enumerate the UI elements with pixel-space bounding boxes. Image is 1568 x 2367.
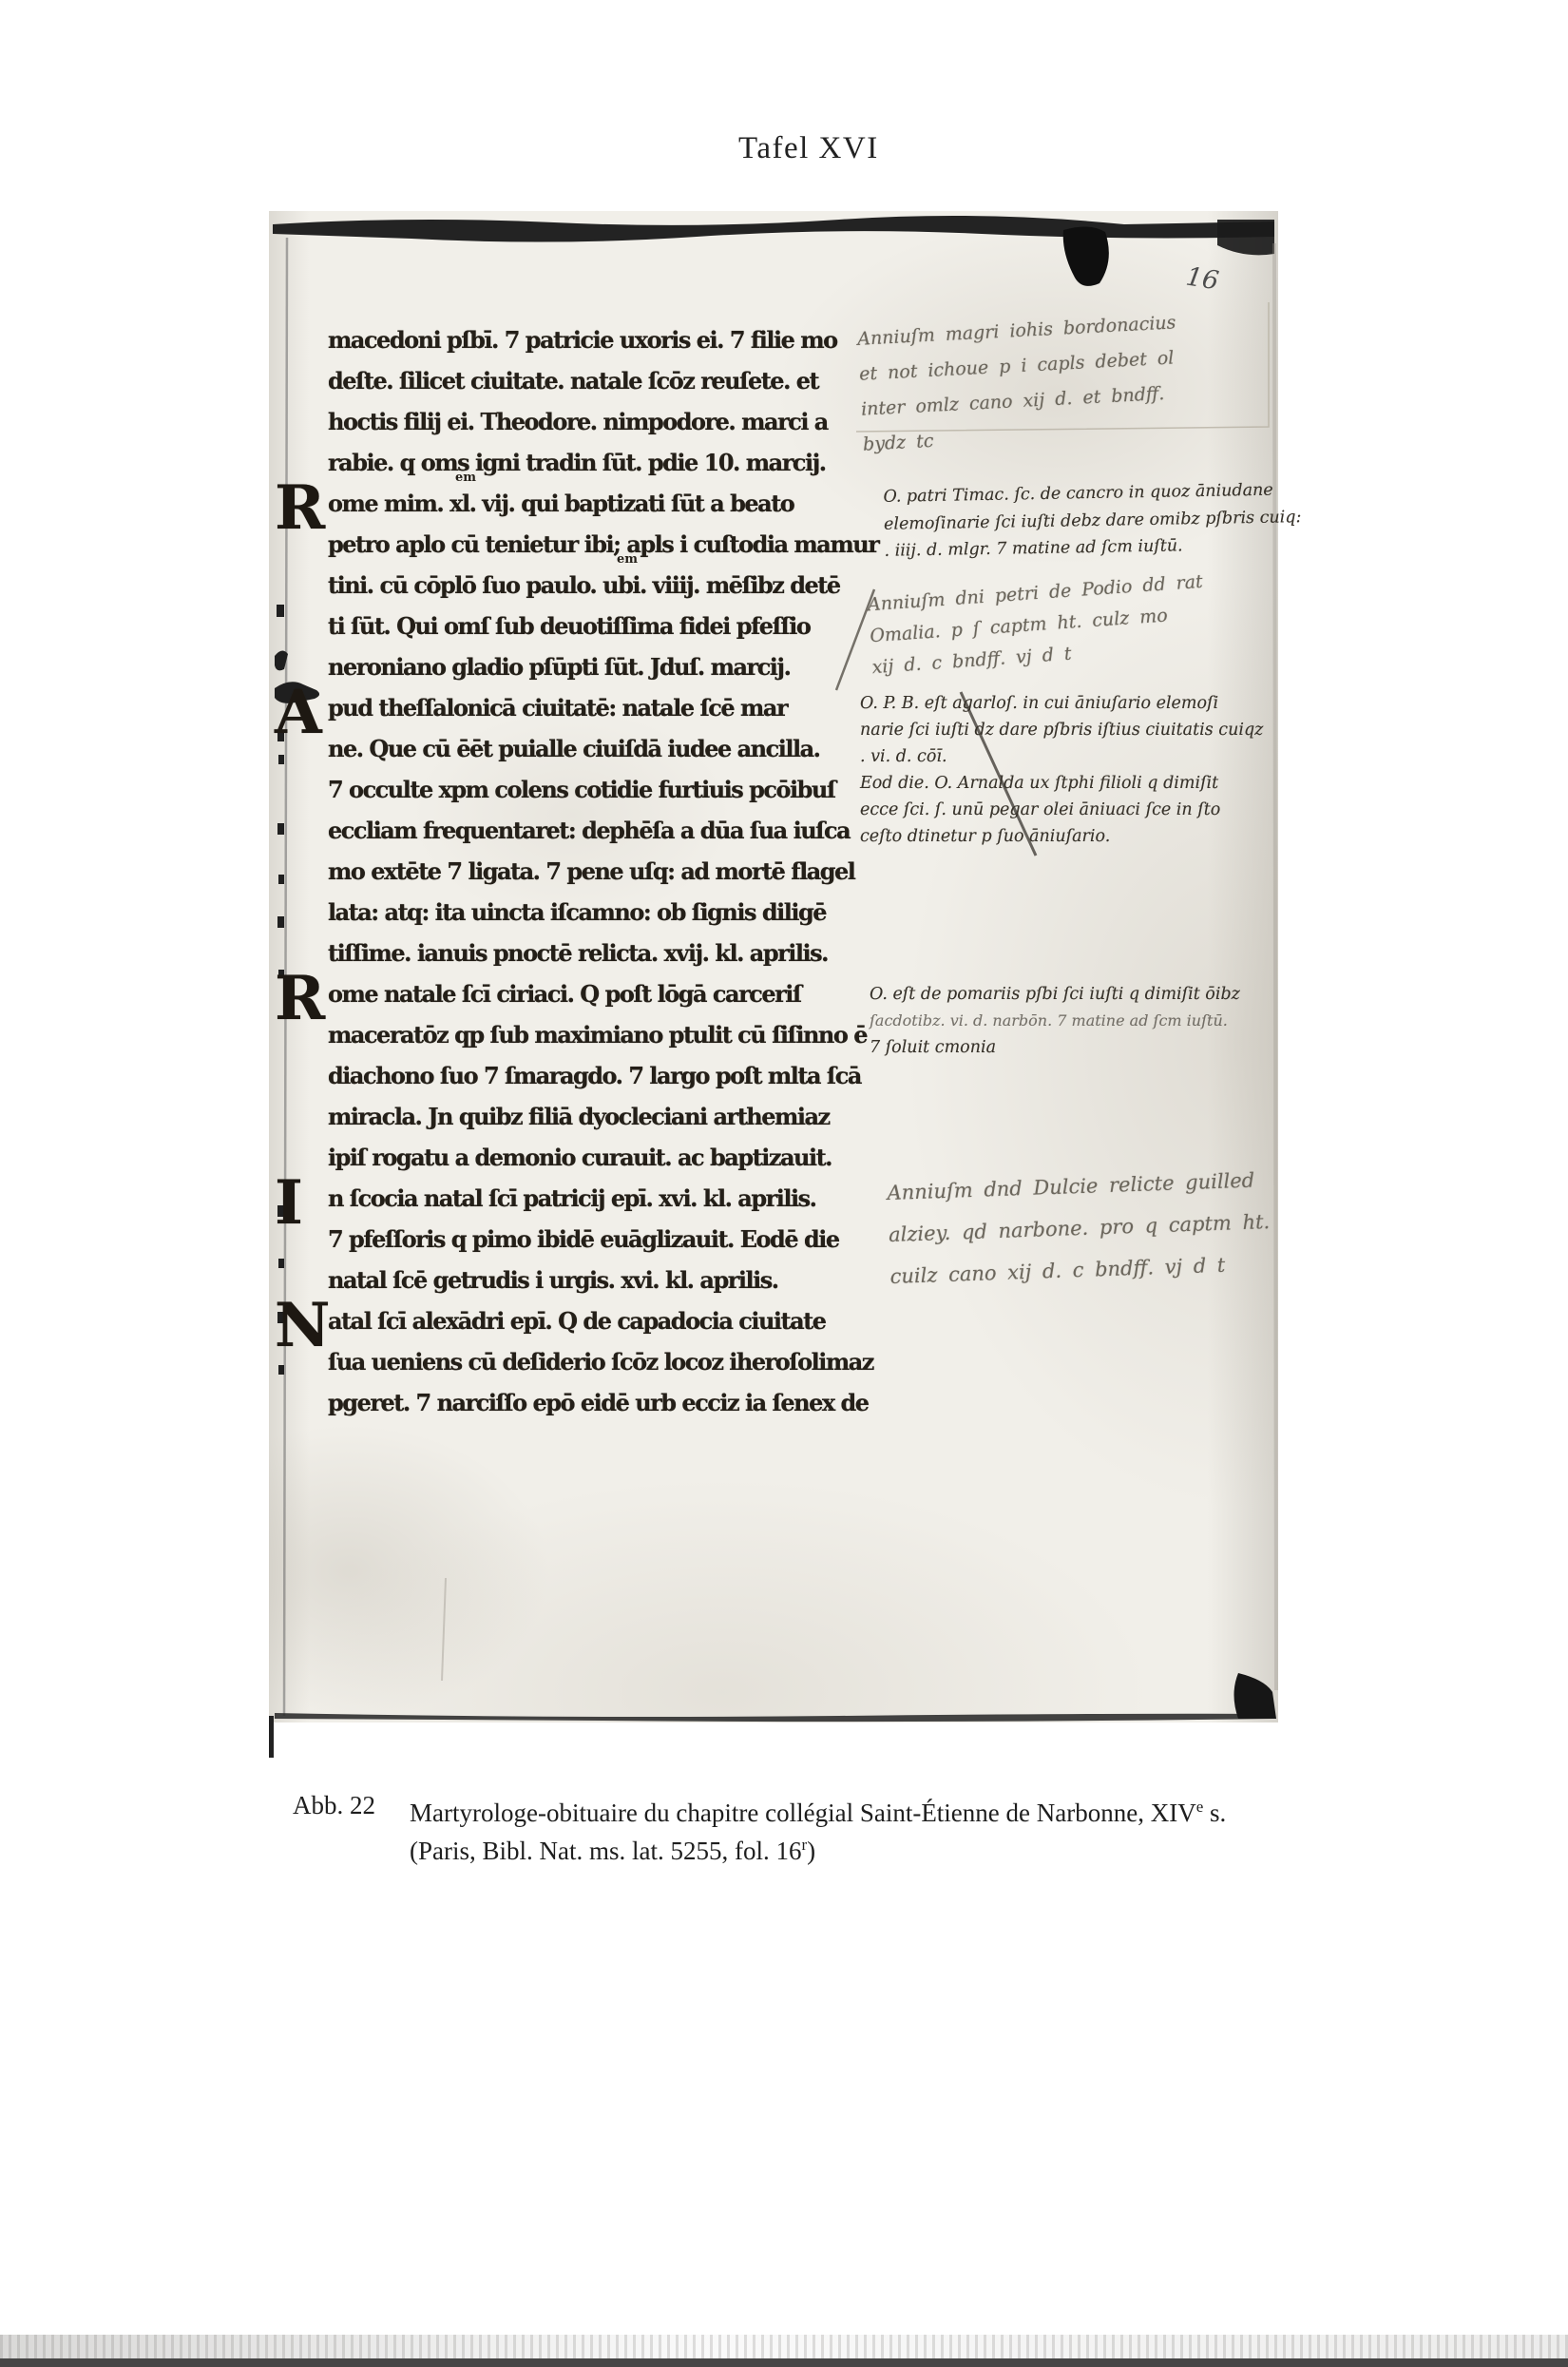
text-line: lata: atq: ita uincta iſcamno: ob ſignis… <box>328 892 846 933</box>
caption: Martyrologe-obituaire du chapitre collég… <box>410 1791 1226 1867</box>
text-line-content: hoctis filij ei. Theodore. nimpodore. ma… <box>328 401 828 442</box>
text-line: hoctis filij ei. Theodore. nimpodore. ma… <box>328 401 846 442</box>
text-line: eccliam frequentaret: dephēſa a dūa ſua … <box>328 810 846 851</box>
marginal-annotation-6: Anniuſm dnd Dulcie relicte guilledalziey… <box>887 1159 1272 1298</box>
scan-artifact-streaks <box>0 2335 1568 2359</box>
text-line: deſte. ſilicet ciuitate. natale ſcōz reu… <box>328 360 846 401</box>
manuscript-photo: 16 macedoni pſbī. 7 patricie uxoris ei. … <box>269 211 1278 1722</box>
marginal-annotation-3: Anniuſm dni petri de Podio dd ratOmalia.… <box>867 567 1208 683</box>
text-line: macedoni pſbī. 7 patricie uxoris ei. 7 f… <box>328 319 846 360</box>
text-line: ipiſ rogatu a demonio curauit. ac baptiz… <box>328 1137 846 1178</box>
text-line-content: pud theſſalonicā ciuitatē: natale ſcē ma… <box>328 687 787 728</box>
text-line: tiſſime. ianuis pnoctē relicta. xvij. kl… <box>328 933 846 973</box>
text-line-content: diachono ſuo 7 ſmaragdo. 7 largo poſt ml… <box>328 1055 861 1096</box>
text-line: R ome mim. xl. vij. qui baptizati ſūt a … <box>328 483 846 524</box>
annotation-line: . vi. d. cōī. <box>860 743 1263 770</box>
text-line-content: tini. cū cōplō ſuo paulo. ubi. viiij. mē… <box>328 565 840 606</box>
annotation-line: O. P. B. eſt agarloſ. in cui āniuſario e… <box>860 690 1263 717</box>
versal-initial: R <box>275 478 325 539</box>
text-line-content: miracla. Jn quibz filiā dyocleciani arth… <box>328 1096 830 1137</box>
text-line-content: macedoni pſbī. 7 patricie uxoris ei. 7 f… <box>328 319 837 360</box>
interlinear-note: em <box>617 552 638 567</box>
text-line: N atal ſcī alexādri epī. Q de capadocia … <box>328 1300 846 1341</box>
annotation-line: ſacdotibz. vi. d. narbōn. 7 matine ad ſc… <box>870 1008 1240 1034</box>
text-line: ti ſūt. Qui omſ ſub deuotiſſima fidei pf… <box>328 606 846 646</box>
text-line-content: rabie. q oms igni tradin ſūt. pdie 10. m… <box>328 442 826 483</box>
text-line: ſua ueniens cū deſiderio ſcōz locoz iher… <box>328 1341 846 1382</box>
versal-initial: I <box>275 1173 303 1234</box>
text-line-content: 7 occulte xpm colens cotidie furtiuis pc… <box>328 769 835 810</box>
text-line: rabie. q oms igni tradin ſūt. pdie 10. m… <box>328 442 846 483</box>
text-line: ne. Que cū ēēt puialle ciuiſdā iudee anc… <box>328 728 846 769</box>
text-line: mo extēte 7 ligata. 7 pene uſq: ad mortē… <box>328 851 846 892</box>
text-line-content: mo extēte 7 ligata. 7 pene uſq: ad mortē… <box>328 851 854 892</box>
annotation-line: ceſto dtinetur p ſuo āniuſario. <box>860 823 1263 850</box>
versal-initial: R <box>275 969 325 1030</box>
text-line: natal ſcē getrudis i urgis. xvi. kl. apr… <box>328 1260 846 1300</box>
text-line-content: atal ſcī alexādri epī. Q de capadocia ci… <box>328 1300 826 1341</box>
versal-initial: A <box>275 683 322 743</box>
text-line: neroniano gladio pſūpti ſūt. Jduſ. marci… <box>328 646 846 687</box>
caption-text-line-2: (Paris, Bibl. Nat. ms. lat. 5255, fol. 1… <box>410 1829 1226 1867</box>
text-line-content: n ſcocia natal ſcī patricij epī. xvi. kl… <box>328 1178 815 1219</box>
text-line-content: ome natale ſcī ciriaci. Q poſt lōgā carc… <box>328 973 801 1014</box>
text-line-content: pgeret. 7 narciſſo epō eidē urb ecciz ia… <box>328 1382 869 1423</box>
text-line: R ome natale ſcī ciriaci. Q poſt lōgā ca… <box>328 973 846 1014</box>
text-line-content: neroniano gladio pſūpti ſūt. Jduſ. marci… <box>328 646 790 687</box>
scan-artifact-strip <box>0 2358 1568 2367</box>
annotation-line: ecce ſci. ſ. unū pegar olei āniuaci ſce … <box>860 797 1263 823</box>
text-line: miracla. Jn quibz filiā dyocleciani arth… <box>328 1096 846 1137</box>
text-line-content: deſte. ſilicet ciuitate. natale ſcōz reu… <box>328 360 818 401</box>
text-line: diachono ſuo 7 ſmaragdo. 7 largo poſt ml… <box>328 1055 846 1096</box>
caption-text: (Paris, Bibl. Nat. ms. lat. 5255, fol. 1… <box>410 1837 801 1865</box>
text-line: pgeret. 7 narciſſo epō eidē urb ecciz ia… <box>328 1382 846 1423</box>
text-line: 7 pfeſſoris q pimo ibidē euāglizauit. Eo… <box>328 1219 846 1260</box>
text-line-content: lata: atq: ita uincta iſcamno: ob ſignis… <box>328 892 826 933</box>
caption-label: Abb. 22 <box>293 1791 375 1820</box>
marginal-annotation-1: Anniuſm magri iohis bordonaciuset not ic… <box>856 305 1182 462</box>
text-line-content: eccliam frequentaret: dephēſa a dūa ſua … <box>328 810 850 851</box>
caption-text: Martyrologe-obituaire du chapitre collég… <box>410 1799 1196 1827</box>
annotation-line: Eod die. O. Arnalda ux ſtphi filioli q d… <box>860 770 1263 797</box>
text-line-content: ne. Que cū ēēt puialle ciuiſdā iudee anc… <box>328 728 820 769</box>
versal-initial: N <box>275 1296 331 1357</box>
text-line-content: maceratōz qp ſub maximiano ptulit cū ſiſ… <box>328 1014 867 1055</box>
interlinear-note: em <box>455 471 476 485</box>
text-line-content: ti ſūt. Qui omſ ſub deuotiſſima fidei pf… <box>328 606 810 646</box>
text-line-content: ſua ueniens cū deſiderio ſcōz locoz iher… <box>328 1341 873 1382</box>
caption-text: s. <box>1203 1799 1226 1827</box>
text-line: 7 occulte xpm colens cotidie furtiuis pc… <box>328 769 846 810</box>
marginal-annotation-4: O. P. B. eſt agarloſ. in cui āniuſario e… <box>860 690 1263 850</box>
text-line: maceratōz qp ſub maximiano ptulit cū ſiſ… <box>328 1014 846 1055</box>
annotation-line: O. eſt de pomariis pſbi ſci iuſti q dimi… <box>870 981 1240 1008</box>
plate-title: Tafel XVI <box>738 131 879 166</box>
text-line: tini. cū cōplō ſuo paulo. ubi. viiij. mē… <box>328 565 846 606</box>
marginal-annotation-2: O. patri Timac. ſc. de cancro in quoz ān… <box>883 476 1302 565</box>
text-line-content: ome mim. xl. vij. qui baptizati ſūt a be… <box>328 483 794 524</box>
book-page: Tafel XVI <box>0 0 1568 2367</box>
text-line: petro aplo cū tenietur ibi; apls i cuſto… <box>328 524 846 565</box>
text-line-content: petro aplo cū tenietur ibi; apls i cuſto… <box>328 524 878 565</box>
annotation-line: narie ſci iuſti dz dare pſbris iſtius ci… <box>860 717 1263 743</box>
text-line-content: tiſſime. ianuis pnoctē relicta. xvij. kl… <box>328 933 828 973</box>
annotation-line: 7 ſoluit cmonia <box>870 1034 1240 1061</box>
text-line-content: natal ſcē getrudis i urgis. xvi. kl. apr… <box>328 1260 778 1300</box>
text-line: I n ſcocia natal ſcī patricij epī. xvi. … <box>328 1178 846 1219</box>
text-line: A pud theſſalonicā ciuitatē: natale ſcē … <box>328 687 846 728</box>
text-line-content: 7 pfeſſoris q pimo ibidē euāglizauit. Eo… <box>328 1219 839 1260</box>
main-text-block: macedoni pſbī. 7 patricie uxoris ei. 7 f… <box>328 319 846 1423</box>
folio-number: 16 <box>1184 262 1221 297</box>
caption-text-line-1: Martyrologe-obituaire du chapitre collég… <box>410 1791 1226 1829</box>
marginal-annotation-5: O. eſt de pomariis pſbi ſci iuſti q dimi… <box>870 981 1240 1061</box>
text-line-content: ipiſ rogatu a demonio curauit. ac baptiz… <box>328 1137 832 1178</box>
caption-text: ) <box>807 1837 815 1865</box>
